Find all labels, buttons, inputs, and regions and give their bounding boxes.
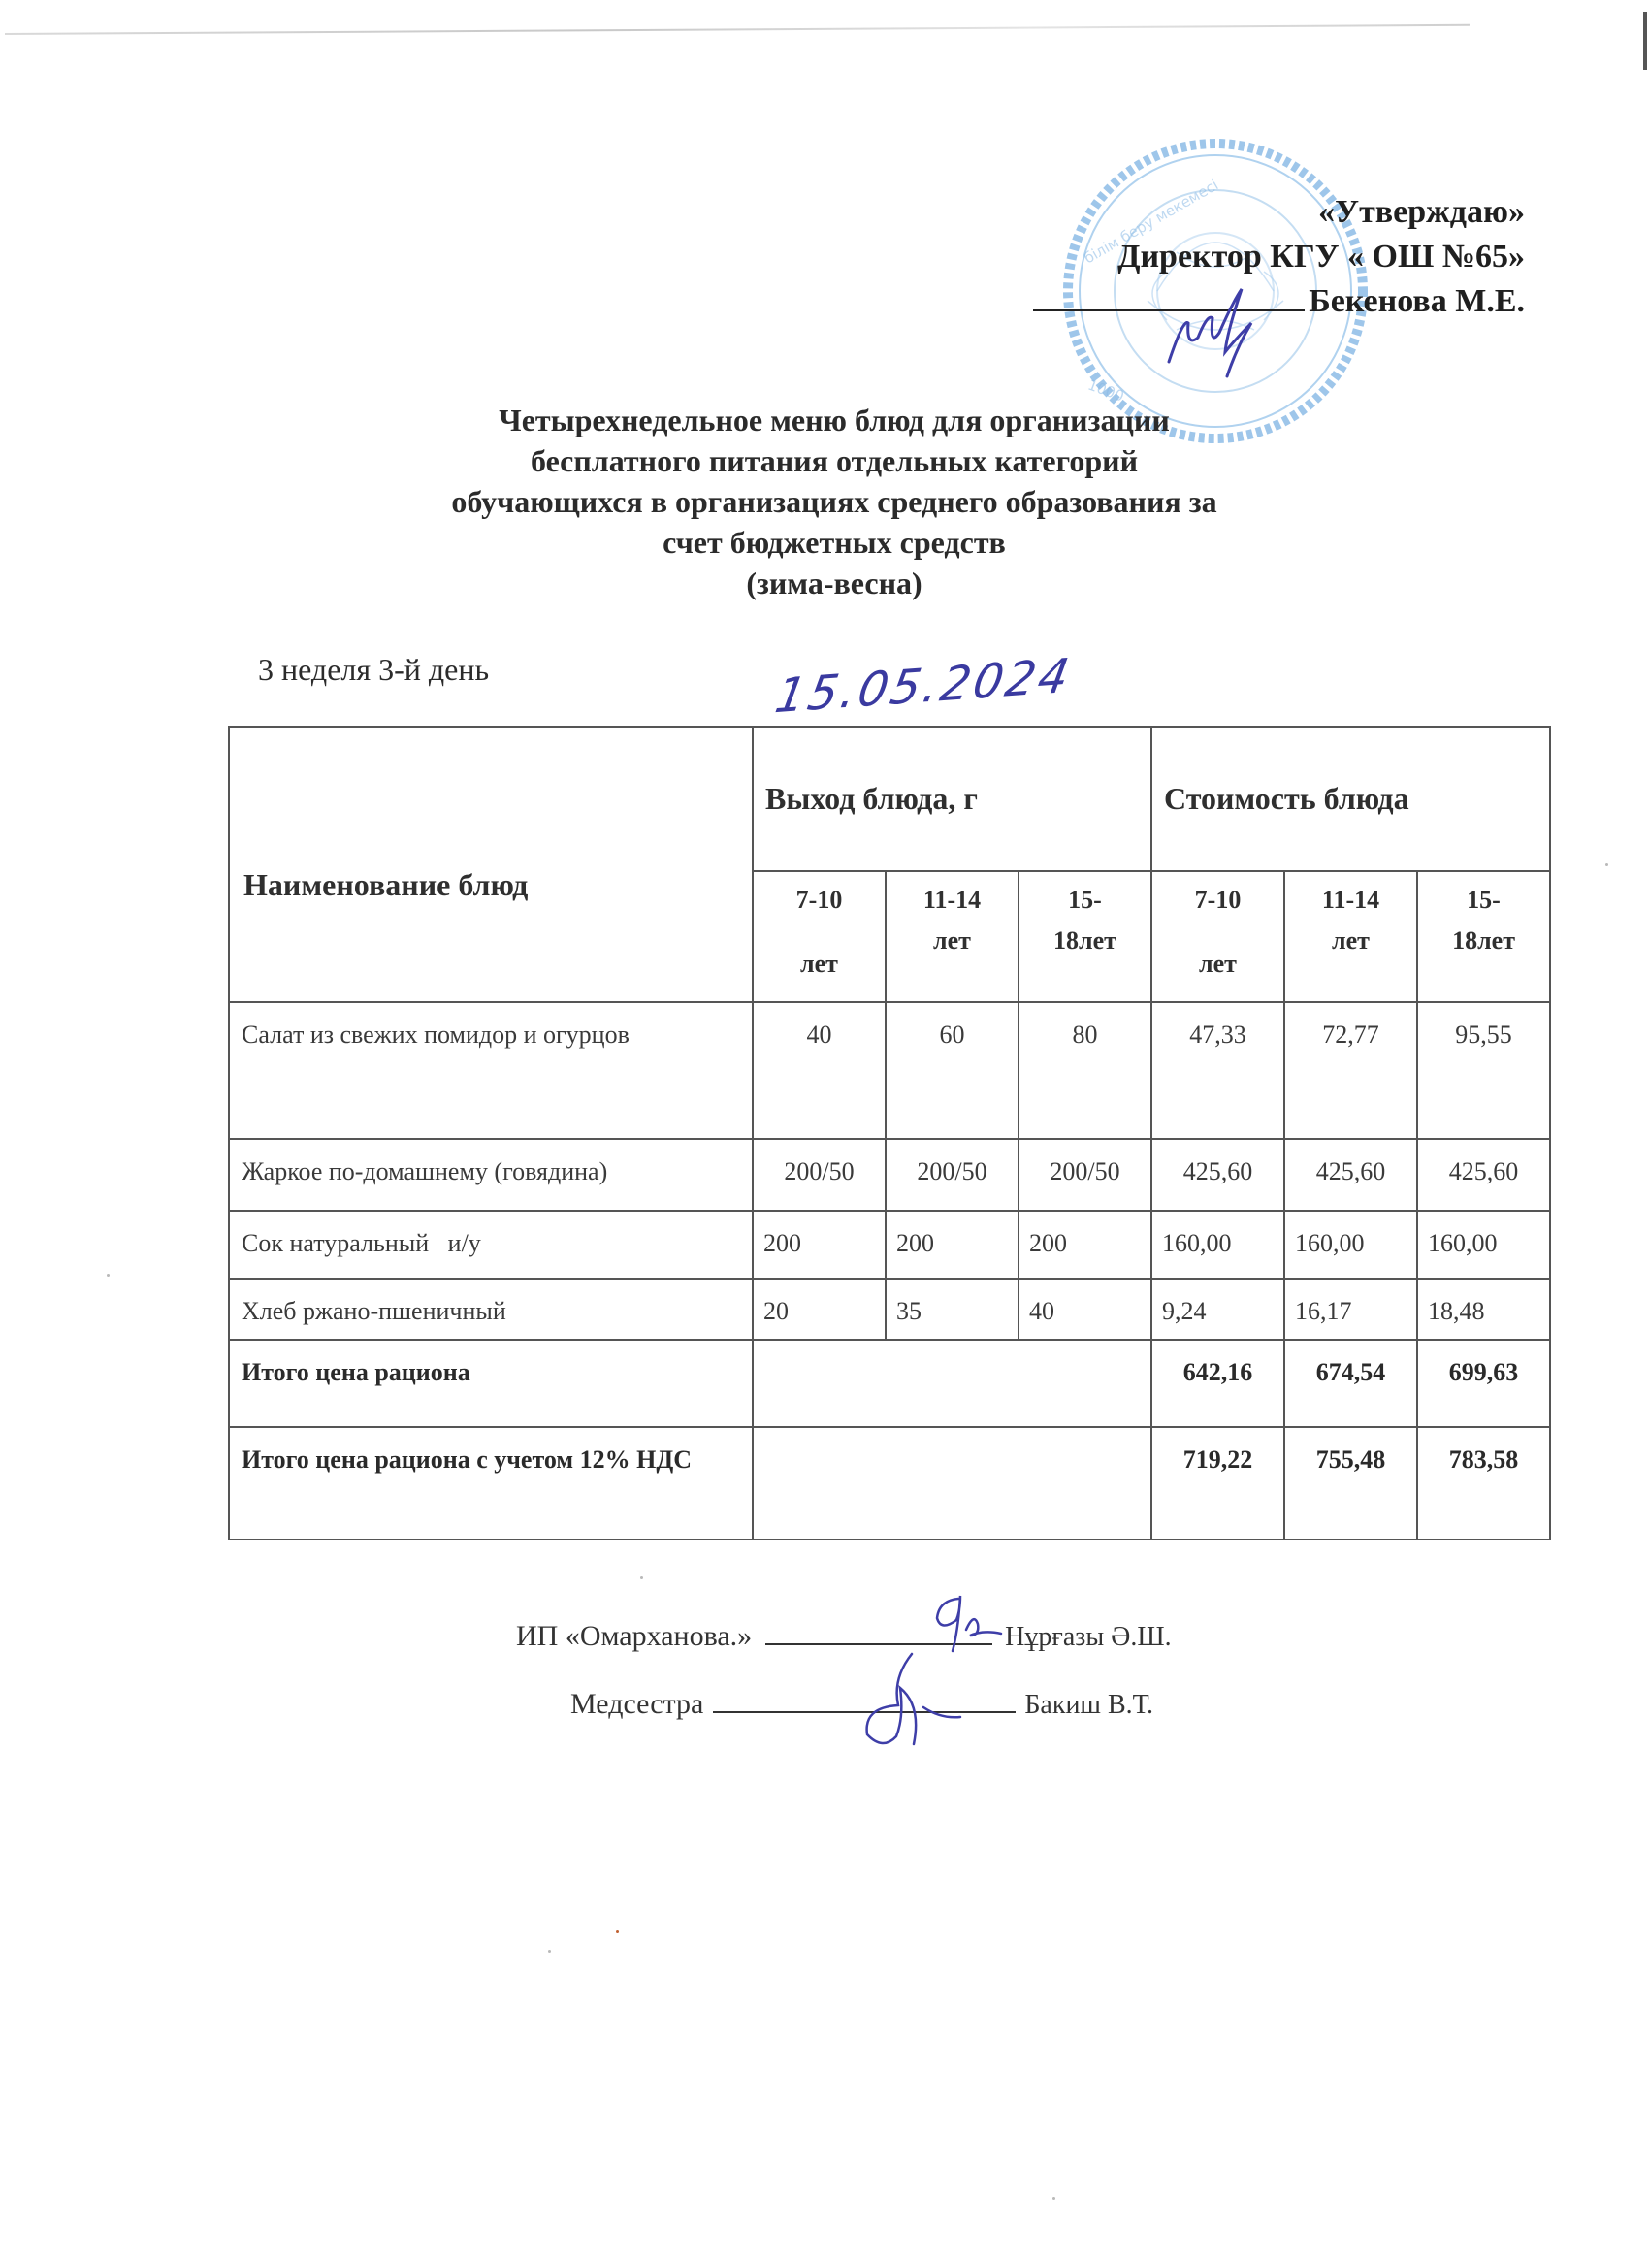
scan-speck [548,1950,551,1953]
total-vat-label: Итого цена рациона с учетом 12% НДС [229,1427,753,1539]
empty-yield-cell [753,1340,1151,1427]
age-top: 7-10 [1152,882,1283,919]
header-cost-age-11-14: 11-14 лет [1284,871,1417,1002]
table-row: Сок натуральный и/у 200 200 200 160,00 1… [229,1211,1550,1279]
yield-cell: 35 [886,1279,1018,1340]
yield-cell: 200/50 [886,1139,1018,1211]
signature-supplier: ИП «Омарханова.» Нұрғазы Ә.Ш. [516,1616,1172,1653]
cost-cell: 9,24 [1151,1279,1284,1340]
cost-cell: 47,33 [1151,1002,1284,1139]
age-top: 11-14 [1285,882,1416,919]
scan-speck [616,1930,619,1933]
empty-yield-cell [753,1427,1151,1539]
table-row: Хлеб ржано-пшеничный 20 35 40 9,24 16,17… [229,1279,1550,1340]
total-vat-cost-cell: 783,58 [1417,1427,1550,1539]
header-dish-name: Наименование блюд [229,727,753,1002]
yield-cell: 80 [1018,1002,1151,1139]
total-cost-cell: 674,54 [1284,1340,1417,1427]
header-cost-age-7-10: 7-10 лет [1151,871,1284,1002]
table-row: Жаркое по-домашнему (говядина) 200/50 20… [229,1139,1550,1211]
signature-nurse: Медсестра Бакиш В.Т. [570,1684,1153,1721]
cost-cell: 160,00 [1284,1211,1417,1279]
approval-signer-name: Бекенова М.Е. [1309,283,1525,319]
age-bottom: лет [1285,923,1416,959]
scan-speck [1052,2197,1055,2200]
cost-cell: 160,00 [1417,1211,1550,1279]
signature-person: Бакиш В.Т. [1024,1690,1153,1720]
yield-cell: 40 [1018,1279,1151,1340]
header-cost-group: Стоимость блюда [1151,727,1550,871]
title-line: бесплатного питания отдельных категорий [330,440,1339,481]
yield-cell: 200 [1018,1211,1151,1279]
cost-cell: 95,55 [1417,1002,1550,1139]
approval-block: «Утверждаю» Директор КГУ « ОШ №65» Бекен… [1033,190,1525,324]
header-age-7-10: 7-10 лет [753,871,886,1002]
handwritten-date: 15.05.2024 [771,648,1076,724]
age-top: 15- [1019,882,1150,919]
cost-cell: 18,48 [1417,1279,1550,1340]
week-day-label: 3 неделя 3-й день [258,652,489,688]
age-bottom: лет [1152,946,1283,983]
approval-director-title: Директор КГУ « ОШ №65» [1033,235,1525,279]
total-vat-cost-cell: 755,48 [1284,1427,1417,1539]
cost-cell: 72,77 [1284,1002,1417,1139]
signature-blank [1033,280,1305,311]
header-yield-group: Выход блюда, г [753,727,1151,871]
header-cost-age-15-18: 15- 18лет [1417,871,1550,1002]
yield-cell: 200/50 [753,1139,886,1211]
yield-cell: 200 [886,1211,1018,1279]
yield-cell: 200 [753,1211,886,1279]
document-title: Четырехнедельное меню блюд для организац… [330,400,1339,603]
total-cost-cell: 699,63 [1417,1340,1550,1427]
scan-artifact-edge [1643,12,1647,70]
cost-cell: 425,60 [1284,1139,1417,1211]
signature-person: Нұрғазы Ә.Ш. [1005,1622,1171,1652]
signature-role: Медсестра [570,1688,703,1720]
age-top: 11-14 [887,882,1018,919]
yield-cell: 20 [753,1279,886,1340]
signature-blank [765,1616,992,1645]
table-total-vat-row: Итого цена рациона с учетом 12% НДС 719,… [229,1427,1550,1539]
scan-speck [107,1274,110,1277]
table-total-row: Итого цена рациона 642,16 674,54 699,63 [229,1340,1550,1427]
yield-cell: 200/50 [1018,1139,1151,1211]
table-row: Салат из свежих помидор и огурцов 40 60 … [229,1002,1550,1139]
header-age-15-18: 15- 18лет [1018,871,1151,1002]
age-bottom: лет [754,946,885,983]
title-line: счет бюджетных средств [330,522,1339,563]
header-age-11-14: 11-14 лет [886,871,1018,1002]
yield-cell: 40 [753,1002,886,1139]
signature-role: ИП «Омарханова.» [516,1620,752,1652]
cost-cell: 425,60 [1151,1139,1284,1211]
scan-speck [640,1576,643,1579]
signature-blank [713,1684,1016,1713]
title-line: (зима-весна) [330,563,1339,603]
dish-name: Сок натуральный и/у [229,1211,753,1279]
menu-table: Наименование блюд Выход блюда, г Стоимос… [228,726,1551,1540]
total-vat-cost-cell: 719,22 [1151,1427,1284,1539]
total-label: Итого цена рациона [229,1340,753,1427]
title-line: Четырехнедельное меню блюд для организац… [330,400,1339,440]
dish-name: Хлеб ржано-пшеничный [229,1279,753,1340]
yield-cell: 60 [886,1002,1018,1139]
scan-speck [1605,863,1608,866]
age-top: 15- [1418,882,1549,919]
age-bottom: 18лет [1418,923,1549,959]
approval-heading: «Утверждаю» [1033,190,1525,235]
table-header-row: Наименование блюд Выход блюда, г Стоимос… [229,727,1550,871]
dish-name: Салат из свежих помидор и огурцов [229,1002,753,1139]
scan-artifact-line [5,24,1470,35]
cost-cell: 425,60 [1417,1139,1550,1211]
title-line: обучающихся в организациях среднего обра… [330,481,1339,522]
approval-signature-line: Бекенова М.Е. [1033,279,1525,324]
dish-name: Жаркое по-домашнему (говядина) [229,1139,753,1211]
cost-cell: 16,17 [1284,1279,1417,1340]
age-top: 7-10 [754,882,885,919]
total-cost-cell: 642,16 [1151,1340,1284,1427]
age-bottom: 18лет [1019,923,1150,959]
cost-cell: 160,00 [1151,1211,1284,1279]
age-bottom: лет [887,923,1018,959]
